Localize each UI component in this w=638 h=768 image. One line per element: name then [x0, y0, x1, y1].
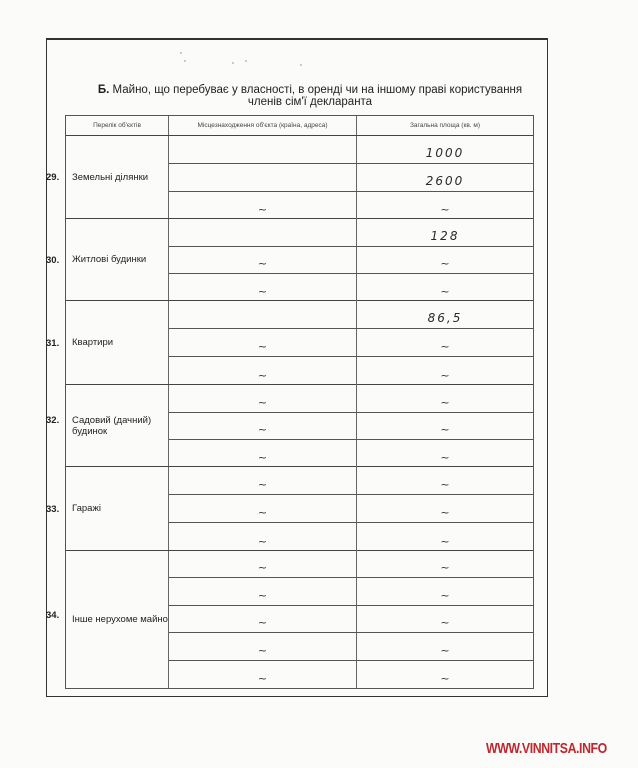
location-cell: ~: [169, 578, 357, 605]
location-cell: ~: [169, 495, 357, 522]
table-row: ~ ~: [169, 606, 533, 633]
table-row: 86,5: [169, 301, 533, 329]
table-row: ~ ~: [169, 413, 533, 440]
table-row: ~ ~: [169, 247, 533, 274]
section-label: Житлові будинки: [66, 219, 169, 300]
area-cell: ~: [357, 329, 533, 356]
header-location: Місцезнаходження об'єкта (країна, адреса…: [169, 116, 357, 135]
area-cell: ~: [357, 385, 533, 412]
location-cell: ~: [169, 467, 357, 494]
table-row: ~ ~: [169, 633, 533, 661]
section-houses: 30. Житлові будинки 128 ~ ~ ~ ~: [66, 219, 533, 301]
location-cell: ~: [169, 440, 357, 467]
section-land-plots: 29. Земельні ділянки 1000 2600 ~ ~: [66, 136, 533, 219]
location-cell: ~: [169, 247, 357, 273]
section-number: 33.: [46, 504, 59, 515]
location-cell: ~: [169, 329, 357, 356]
table-row: ~ ~: [169, 357, 533, 385]
location-cell: ~: [169, 413, 357, 439]
location-cell: ~: [169, 385, 357, 412]
area-cell: ~: [357, 578, 533, 605]
section-other-real-estate: 34. Інше нерухоме майно ~ ~ ~ ~ ~ ~ ~ ~ …: [66, 551, 533, 688]
section-garden-house: 32. Садовий (дачний) будинок ~ ~ ~ ~ ~ ~: [66, 385, 533, 467]
table-row: ~ ~: [169, 440, 533, 467]
table-row: 1000: [169, 136, 533, 164]
table-row: ~ ~: [169, 495, 533, 523]
section-number: 32.: [46, 415, 59, 426]
area-cell: ~: [357, 274, 533, 301]
table-row: ~ ~: [169, 274, 533, 301]
table-row: ~ ~: [169, 467, 533, 495]
section-apartments: 31. Квартири 86,5 ~ ~ ~ ~: [66, 301, 533, 385]
table-row: 128: [169, 219, 533, 247]
section-number: 31.: [46, 338, 59, 349]
section-number: 30.: [46, 255, 59, 266]
table-row: ~ ~: [169, 329, 533, 357]
table-row: ~ ~: [169, 661, 533, 688]
section-letter: Б.: [98, 84, 109, 96]
area-cell: ~: [357, 661, 533, 688]
area-cell: 128: [357, 219, 533, 246]
area-cell: ~: [357, 495, 533, 522]
area-cell: 86,5: [357, 301, 533, 328]
section-label: Земельні ділянки: [66, 136, 169, 218]
location-cell: [169, 164, 357, 191]
table-row: 2600: [169, 164, 533, 192]
table-header: Перелік об'єктів Місцезнаходження об'єкт…: [66, 116, 533, 136]
table-row: ~ ~: [169, 523, 533, 551]
location-cell: ~: [169, 606, 357, 632]
title-line-2: членів сім'ї декларанта: [60, 96, 560, 108]
table-row: ~ ~: [169, 385, 533, 413]
location-cell: ~: [169, 661, 357, 688]
area-cell: ~: [357, 606, 533, 632]
section-number: 29.: [46, 172, 59, 183]
location-cell: ~: [169, 551, 357, 577]
area-cell: ~: [357, 633, 533, 660]
header-area: Загальна площа (кв. м): [357, 116, 533, 135]
area-cell: ~: [357, 467, 533, 494]
location-cell: [169, 136, 357, 163]
location-cell: ~: [169, 192, 357, 219]
area-cell: ~: [357, 413, 533, 439]
section-title: Б. Майно, що перебуває у власності, в ор…: [60, 84, 560, 108]
section-label: Гаражі: [66, 467, 169, 550]
header-objects: Перелік об'єктів: [66, 116, 169, 135]
table-row: ~ ~: [169, 551, 533, 578]
section-garages: 33. Гаражі ~ ~ ~ ~ ~ ~: [66, 467, 533, 551]
site-watermark: WWW.VINNITSA.INFO: [486, 740, 607, 757]
location-cell: [169, 219, 357, 246]
location-cell: ~: [169, 633, 357, 660]
section-label: Квартири: [66, 301, 169, 384]
area-cell: ~: [357, 551, 533, 577]
area-cell: ~: [357, 192, 533, 219]
section-label: Садовий (дачний) будинок: [66, 385, 169, 466]
area-cell: ~: [357, 247, 533, 273]
location-cell: ~: [169, 357, 357, 385]
table-row: ~ ~: [169, 578, 533, 606]
area-cell: ~: [357, 440, 533, 467]
area-cell: ~: [357, 357, 533, 385]
section-number: 34.: [46, 610, 59, 621]
title-line-1: Майно, що перебуває у власності, в оренд…: [113, 84, 523, 96]
section-label: Інше нерухоме майно: [66, 551, 169, 688]
area-cell: ~: [357, 523, 533, 551]
location-cell: [169, 301, 357, 328]
area-cell: 1000: [357, 136, 533, 163]
location-cell: ~: [169, 523, 357, 551]
area-cell: 2600: [357, 164, 533, 191]
location-cell: ~: [169, 274, 357, 301]
property-table: Перелік об'єктів Місцезнаходження об'єкт…: [65, 115, 534, 689]
table-row: ~ ~: [169, 192, 533, 219]
